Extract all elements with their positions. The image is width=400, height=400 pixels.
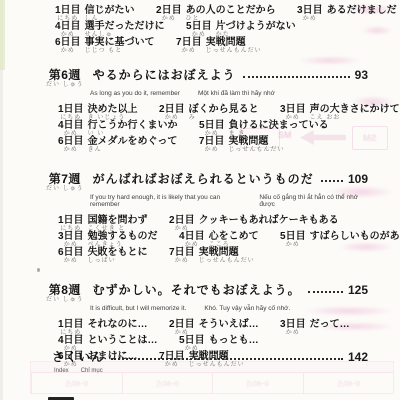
week-block: 第7週 だい しゅう がんばればおぼえられるというものだ 109 If you … [46, 173, 368, 263]
week-subtitle: If you try hard enough, it is likely tha… [90, 194, 368, 208]
dot-leader [111, 351, 343, 360]
week-block: 第6週 だい しゅう やるからにはおぼえよう 93 As long as you… [46, 69, 368, 152]
toc-day-item: 1日目 にちめ 国籍を問わず こくせき と [58, 215, 148, 232]
day-topic: 行こうか行くまいか い い [88, 120, 178, 137]
day-topic: 金メダルをめぐって きん [88, 136, 178, 153]
day-number: 2日目 かめ [156, 5, 182, 22]
week5-day-list: 1日目 にちめ 信じがたい しん 2日目 かめ [55, 5, 400, 53]
subtitle-english: If you try hard enough, it is likely tha… [90, 194, 241, 208]
toc-day-item: 2日目 かめ そういえば… [169, 319, 259, 336]
week-title: やるからにはおぼえよう [93, 69, 236, 82]
day-number: 6日目 かめ [55, 37, 81, 54]
index-label: さくいん [52, 351, 104, 364]
toc-day-item: 2日目 かめ あの人のことだから ひと [156, 5, 276, 22]
furigana: だい しゅう [46, 83, 84, 88]
subtitle-english: Index [54, 368, 69, 374]
day-topic: そういえば… [199, 319, 259, 336]
day-topic: だって… [310, 319, 350, 336]
toc-day-item: 6日目 かめ 事実に基づいて じじつ もと [55, 37, 155, 54]
day-number: 3日目 かめ [280, 104, 306, 121]
toc-day-item: 4日目 かめ 心をこめて こころ [179, 231, 259, 248]
day-number: 1日目 にちめ [58, 319, 84, 336]
toc-day-item: 5日目 かめ 負けるに決まっている ま き [199, 120, 329, 137]
day-number: 6日目 かめ [58, 136, 84, 153]
furigana: じっせんもんだい [228, 148, 284, 153]
day-number: 7日目 かめ [176, 37, 202, 54]
toc-content: 1日目 にちめ 信じがたい しん 2日目 かめ [0, 0, 400, 400]
day-number: 4日目 かめ [55, 21, 81, 38]
week-heading: 第8週 だい しゅう むずかしい。それでもおぼえよう。 125 [46, 284, 368, 303]
toc-day-item: 2日目 かめ ぼくから見ると み [159, 104, 259, 121]
page-number: 125 [348, 284, 368, 297]
subtitle-vietnamese: Một khi đã làm thì hãy nhớ [198, 90, 275, 97]
day-topic: 実戦問題 じっせんもんだい [228, 136, 284, 153]
toc-day-item: 1日目 にちめ 決めた以上 き いじょう [58, 104, 138, 121]
index-line: さくいん 142 [52, 351, 368, 364]
furigana: じじつ もと [85, 49, 123, 54]
day-number: 4日目 かめ [179, 231, 205, 248]
week-number: 第7週 だい しゅう [46, 173, 84, 192]
day-number: 3日目 かめ [280, 319, 306, 336]
day-number: 7日目 かめ [169, 247, 195, 264]
toc-day-row: 6日目 かめ 事実に基づいて じじつ もと 7日目 [55, 37, 400, 53]
day-number: 3日目 かめ [297, 5, 323, 22]
day-number: 1日目 にちめ [58, 215, 84, 232]
furigana: かめ [64, 148, 78, 153]
week-title: むずかしい。それでもおぼえよう。 [93, 284, 301, 297]
day-topic: すばらしいものがある [310, 231, 400, 248]
day-topic: 事実に基づいて じじつ もと [85, 37, 155, 54]
toc-day-item: 4日目 かめ 行こうか行くまいか い い [58, 120, 178, 137]
toc-day-item: 3日目 かめ あるだけましだ [297, 5, 397, 22]
day-topic: 負けるに決まっている ま き [229, 120, 329, 137]
toc-day-item: 3日目 かめ 勉強するものだ べんきょう [58, 231, 158, 248]
day-number: 5日目 かめ [280, 231, 306, 248]
furigana: しっぱい [88, 259, 116, 264]
toc-day-item: 1日目 にちめ それなのに… [58, 319, 148, 336]
week-subtitle: It is difficult, but I will memorize it.… [90, 305, 368, 312]
toc-day-item: 5日目 かめ もっとも… [179, 335, 259, 352]
toc-day-item: 5日目 かめ 片づけようがない かた [186, 21, 296, 38]
subtitle-english: It is difficult, but I will memorize it. [90, 305, 186, 312]
subtitle-vietnamese: Nếu cố gắng thì ắt hẳn có thể nhớ được [259, 194, 368, 208]
day-number: 1日目 にちめ [58, 104, 84, 121]
day-number: 3日目 かめ [58, 231, 84, 248]
day-number: 1日目 にちめ [55, 5, 81, 22]
subtitle-vietnamese: Khó. Tuy vậy vẫn hãy cố nhớ. [204, 305, 290, 312]
day-topic: 実戦問題 じっせんもんだい [206, 37, 262, 54]
week-number: 第6週 だい しゅう [46, 69, 84, 88]
day-topic: 国籍を問わず こくせき と [88, 215, 148, 232]
day-number: 6日目 かめ [58, 247, 84, 264]
toc-day-row: 4日目 かめ 選手だっただけに せんしゅ 5日目 [55, 21, 400, 37]
day-topic: 選手だっただけに せんしゅ [85, 21, 165, 38]
week-heading: 第6週 だい しゅう やるからにはおぼえよう 93 [46, 69, 368, 88]
toc-day-row: 1日目 にちめ 国籍を問わず こくせき と [58, 215, 368, 231]
week-day-list: 1日目 にちめ 決めた以上 き いじょう [46, 104, 368, 152]
day-number: 4日目 かめ [58, 120, 84, 137]
toc-page: SM SM 0~60点 0~60点 0~60点 0~60点 [0, 0, 400, 400]
toc-day-item: 1日目 にちめ 信じがたい しん [55, 5, 135, 22]
day-topic: 声の大きさにかけては こえ おお [310, 104, 400, 121]
toc-day-row: 4日目 かめ 行こうか行くまいか い い [58, 120, 368, 136]
furigana: じっせんもんだい [206, 49, 262, 54]
furigana: かめ [64, 259, 78, 264]
day-number: 5日目 かめ [179, 335, 205, 352]
toc-day-row: 4日目 かめ ということは… [58, 335, 368, 351]
day-topic: クッキーもあればケーキもある [199, 215, 339, 232]
furigana: かめ [286, 243, 300, 248]
day-topic: 決めた以上 き いじょう [88, 104, 138, 121]
toc-day-item: 7日目 かめ 実戦問題 じっせんもんだい [176, 37, 262, 54]
page-number: 93 [355, 69, 368, 82]
day-number: 5日目 かめ [186, 21, 212, 38]
day-topic: 実戦問題 じっせんもんだい [199, 247, 255, 264]
subtitle-vietnamese: Chỉ mục [81, 368, 103, 374]
page-number: 142 [348, 351, 368, 364]
furigana: だい しゅう [46, 187, 84, 192]
week-subtitle: As long as you do it, remember Một khi đ… [90, 90, 368, 97]
page-number: 109 [348, 173, 368, 186]
dot-leader [308, 284, 343, 293]
toc-day-item: 2日目 かめ クッキーもあればケーキもある [169, 215, 339, 232]
toc-day-item: 3日目 かめ 声の大きさにかけては こえ おお [280, 104, 400, 121]
toc-day-item: 7日目 かめ 実戦問題 じっせんもんだい [199, 136, 285, 153]
dot-leader [321, 173, 343, 182]
furigana: かめ [61, 49, 75, 54]
index-entry: さくいん 142 Index Chỉ mục [52, 351, 368, 374]
subtitle-english: As long as you do it, remember [90, 90, 180, 97]
week-title: がんばればおぼえられるというものだ [93, 173, 314, 186]
week-heading: 第7週 だい しゅう がんばればおぼえられるというものだ 109 [46, 173, 368, 192]
day-number: 2日目 かめ [169, 215, 195, 232]
toc-day-item: 7日目 かめ 実戦問題 じっせんもんだい [169, 247, 255, 264]
day-topic: 信じがたい しん [85, 5, 135, 22]
furigana: じっせんもんだい [199, 259, 255, 264]
toc-day-item: 6日目 かめ 金メダルをめぐって きん [58, 136, 177, 153]
week-number: 第8週 だい しゅう [46, 284, 84, 303]
dot-leader [243, 69, 350, 78]
index-subtitle: Index Chỉ mục [54, 368, 368, 374]
toc-day-item: 4日目 かめ 選手だっただけに せんしゅ [55, 21, 165, 38]
day-number: 2日目 かめ [169, 319, 195, 336]
day-topic: 勉強するものだ べんきょう [88, 231, 158, 248]
toc-day-row: 6日目 かめ 金メダルをめぐって きん [58, 136, 368, 152]
day-topic: それなのに… [88, 319, 148, 336]
day-number: 2日目 かめ [159, 104, 185, 121]
furigana: かめ [182, 49, 196, 54]
toc-day-item: 5日目 かめ すばらしいものがある [280, 231, 400, 248]
furigana: かめ [205, 148, 219, 153]
day-number: 5日目 かめ [199, 120, 225, 137]
day-number: 7日目 かめ [199, 136, 225, 153]
furigana: かめ [175, 259, 189, 264]
furigana: だい しゅう [46, 298, 84, 303]
toc-day-row: 3日目 かめ 勉強するものだ べんきょう [58, 231, 368, 247]
toc-day-item: 3日目 かめ だって… [280, 319, 350, 336]
week-day-list: 1日目 にちめ 国籍を問わず こくせき と [46, 215, 368, 263]
day-topic: ぼくから見ると み [189, 104, 259, 121]
day-topic: もっとも… [209, 335, 259, 352]
day-topic: 心をこめて こころ [209, 231, 259, 248]
furigana: かめ [286, 331, 300, 336]
toc-day-row: 1日目 にちめ それなのに… [58, 319, 368, 335]
toc-day-row: 1日目 にちめ 信じがたい しん 2日目 かめ [55, 5, 400, 21]
day-topic: 失敗をもとに しっぱい [88, 247, 148, 264]
day-topic: あの人のことだから ひと [186, 5, 276, 22]
furigana: きん [88, 148, 102, 153]
toc-day-row: 6日目 かめ 失敗をもとに しっぱい [58, 247, 368, 263]
toc-day-row: 1日目 にちめ 決めた以上 き いじょう [58, 104, 368, 120]
toc-day-item: 6日目 かめ 失敗をもとに しっぱい [58, 247, 148, 264]
week-sections: 第6週 だい しゅう やるからにはおぼえよう 93 As long as you… [46, 69, 368, 388]
day-topic: あるだけましだ [327, 5, 397, 22]
day-topic: 片づけようがない かた [216, 21, 296, 38]
